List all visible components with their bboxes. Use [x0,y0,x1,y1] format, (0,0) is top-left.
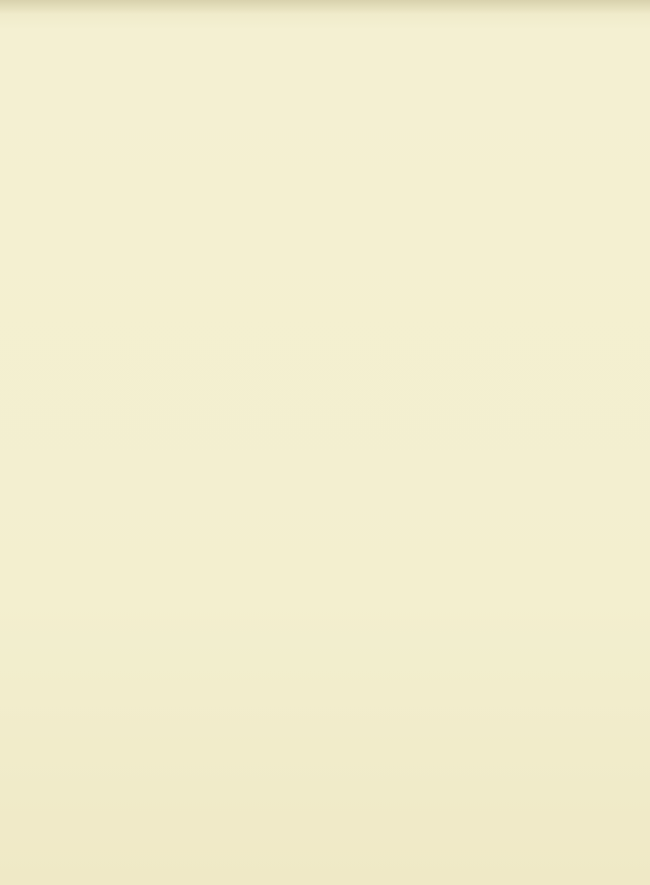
document-page [0,0,650,885]
